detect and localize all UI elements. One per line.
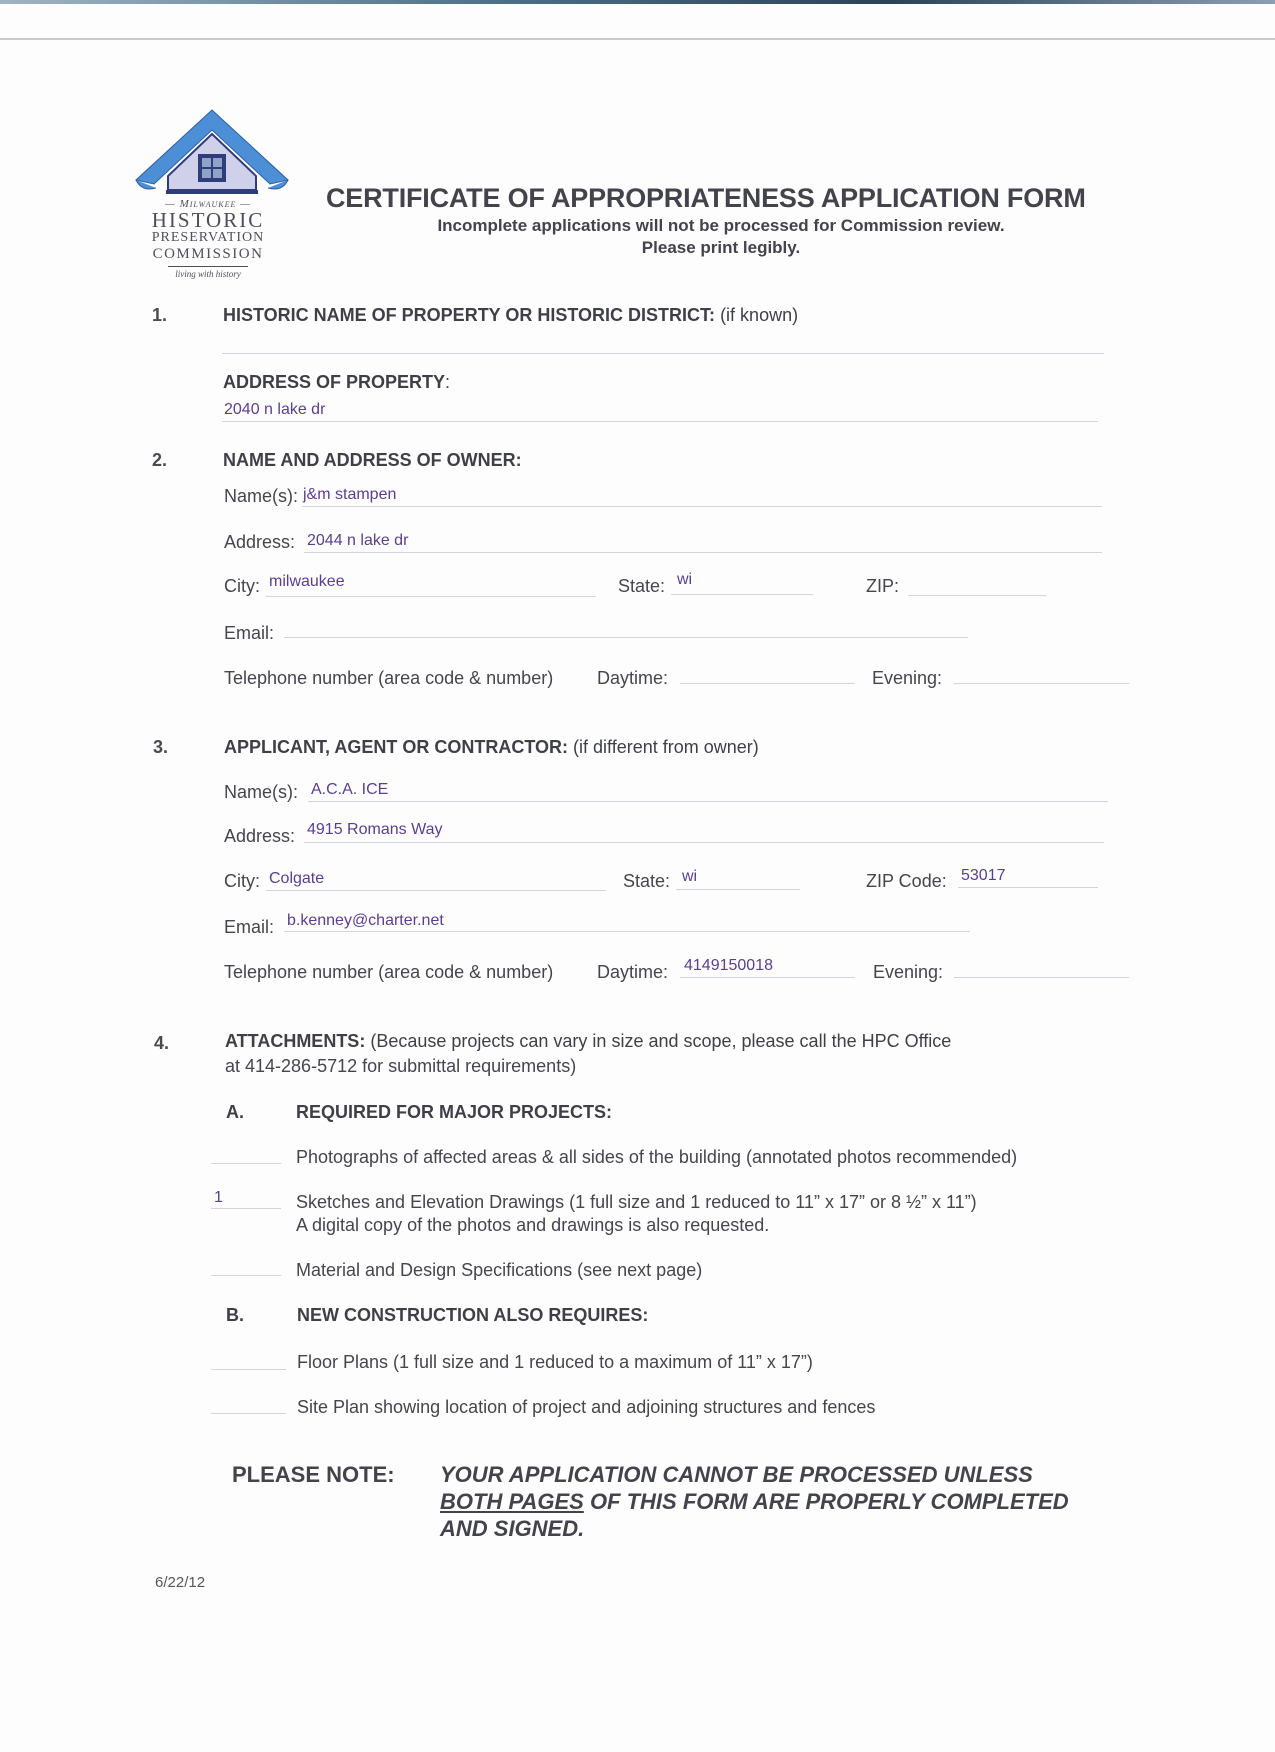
group-b-heading: NEW CONSTRUCTION ALSO REQUIRES: bbox=[297, 1305, 648, 1326]
owner-phone-label: Telephone number (area code & number) bbox=[224, 668, 553, 689]
attachment-count-field[interactable] bbox=[211, 1275, 281, 1276]
applicant-zip-label: ZIP Code: bbox=[866, 871, 947, 892]
attachment-count-value[interactable]: 1 bbox=[214, 1189, 223, 1207]
owner-email-field[interactable] bbox=[284, 637, 968, 638]
owner-state-label: State: bbox=[618, 576, 665, 597]
section-4-note-line2: at 414-286-5712 for submittal requiremen… bbox=[225, 1056, 576, 1077]
scan-divider bbox=[0, 38, 1275, 40]
applicant-state-value[interactable]: wi bbox=[682, 868, 697, 886]
owner-city-value[interactable]: milwaukee bbox=[269, 573, 345, 591]
applicant-phone-label: Telephone number (area code & number) bbox=[224, 962, 553, 983]
attachment-item: Sketches and Elevation Drawings (1 full … bbox=[296, 1192, 977, 1213]
attachment-item: Material and Design Specifications (see … bbox=[296, 1260, 702, 1281]
logo-line3: COMMISSION bbox=[128, 246, 288, 263]
property-address-value[interactable]: 2040 n lake dr bbox=[224, 401, 325, 419]
owner-state-field[interactable] bbox=[671, 594, 813, 595]
scan-top-edge bbox=[0, 0, 1275, 4]
owner-evening-label: Evening: bbox=[872, 668, 942, 689]
owner-address-value[interactable]: 2044 n lake dr bbox=[307, 532, 408, 550]
section-4-number: 4. bbox=[154, 1033, 169, 1054]
applicant-names-field[interactable] bbox=[308, 801, 1108, 802]
attachment-item: Photographs of affected areas & all side… bbox=[296, 1147, 1017, 1168]
property-address-label: ADDRESS OF PROPERTY: bbox=[223, 372, 450, 393]
historic-name-field[interactable] bbox=[222, 353, 1104, 354]
owner-evening-field[interactable] bbox=[954, 683, 1129, 684]
attachment-count-field[interactable] bbox=[211, 1163, 281, 1164]
owner-names-field[interactable] bbox=[302, 506, 1102, 507]
applicant-city-value[interactable]: Colgate bbox=[269, 870, 324, 888]
logo-line1: HISTORIC bbox=[128, 210, 288, 230]
group-a-letter: A. bbox=[226, 1102, 244, 1123]
section-2-number: 2. bbox=[152, 450, 167, 471]
applicant-email-field[interactable] bbox=[284, 931, 970, 932]
attachment-item-note: A digital copy of the photos and drawing… bbox=[296, 1215, 769, 1236]
owner-address-label: Address: bbox=[224, 532, 295, 553]
owner-state-value[interactable]: wi bbox=[677, 571, 692, 589]
applicant-daytime-field[interactable] bbox=[680, 977, 855, 978]
applicant-zip-value[interactable]: 53017 bbox=[961, 867, 1006, 885]
applicant-city-label: City: bbox=[224, 871, 260, 892]
owner-daytime-label: Daytime: bbox=[597, 668, 668, 689]
property-address-field[interactable] bbox=[222, 421, 1098, 422]
owner-names-value[interactable]: j&m stampen bbox=[303, 486, 396, 504]
owner-city-label: City: bbox=[224, 576, 260, 597]
section-1-number: 1. bbox=[152, 305, 167, 326]
section-2-heading: NAME AND ADDRESS OF OWNER: bbox=[223, 450, 522, 471]
applicant-email-value[interactable]: b.kenney@charter.net bbox=[287, 912, 444, 930]
applicant-state-field[interactable] bbox=[676, 889, 800, 890]
applicant-daytime-label: Daytime: bbox=[597, 962, 668, 983]
applicant-names-label: Name(s): bbox=[224, 782, 298, 803]
owner-zip-label: ZIP: bbox=[866, 576, 899, 597]
applicant-address-label: Address: bbox=[224, 826, 295, 847]
group-a-heading: REQUIRED FOR MAJOR PROJECTS: bbox=[296, 1102, 612, 1123]
applicant-daytime-value[interactable]: 4149150018 bbox=[684, 957, 773, 975]
hpc-logo: — Milwaukee — HISTORIC PRESERVATION COMM… bbox=[140, 108, 300, 294]
section-3-number: 3. bbox=[153, 737, 168, 758]
attachment-count-field[interactable] bbox=[211, 1369, 286, 1370]
applicant-address-value[interactable]: 4915 Romans Way bbox=[307, 821, 442, 839]
form-subtitle-1: Incomplete applications will not be proc… bbox=[326, 216, 1116, 236]
owner-names-label: Name(s): bbox=[224, 486, 298, 507]
house-icon bbox=[132, 108, 292, 196]
logo-tagline: living with history bbox=[128, 269, 288, 279]
applicant-address-field[interactable] bbox=[304, 842, 1104, 843]
attachment-count-field[interactable] bbox=[211, 1413, 286, 1414]
owner-zip-field[interactable] bbox=[908, 595, 1046, 596]
applicant-evening-field[interactable] bbox=[954, 977, 1129, 978]
owner-daytime-field[interactable] bbox=[680, 683, 855, 684]
group-b-letter: B. bbox=[226, 1305, 244, 1326]
section-3-heading: APPLICANT, AGENT OR CONTRACTOR: (if diff… bbox=[224, 737, 759, 758]
notice-label: PLEASE NOTE: bbox=[232, 1462, 395, 1488]
form-title: CERTIFICATE OF APPROPRIATENESS APPLICATI… bbox=[326, 183, 1086, 214]
notice-text: YOUR APPLICATION CANNOT BE PROCESSED UNL… bbox=[440, 1461, 1069, 1542]
logo-line2: PRESERVATION bbox=[128, 230, 288, 246]
attachment-item: Floor Plans (1 full size and 1 reduced t… bbox=[297, 1352, 813, 1373]
section-4-heading: ATTACHMENTS: (Because projects can vary … bbox=[225, 1031, 951, 1052]
form-subtitle-2: Please print legibly. bbox=[326, 238, 1116, 258]
attachment-item: Site Plan showing location of project an… bbox=[297, 1397, 875, 1418]
applicant-city-field[interactable] bbox=[266, 890, 606, 891]
section-1-heading: HISTORIC NAME OF PROPERTY OR HISTORIC DI… bbox=[223, 305, 798, 326]
attachment-count-field[interactable] bbox=[211, 1208, 281, 1209]
owner-address-field[interactable] bbox=[304, 552, 1102, 553]
revision-date: 6/22/12 bbox=[155, 1574, 205, 1591]
owner-city-field[interactable] bbox=[266, 596, 596, 597]
applicant-names-value[interactable]: A.C.A. ICE bbox=[311, 781, 388, 799]
applicant-evening-label: Evening: bbox=[873, 962, 943, 983]
owner-email-label: Email: bbox=[224, 623, 274, 644]
applicant-zip-field[interactable] bbox=[958, 887, 1098, 888]
applicant-email-label: Email: bbox=[224, 917, 274, 938]
applicant-state-label: State: bbox=[623, 871, 670, 892]
